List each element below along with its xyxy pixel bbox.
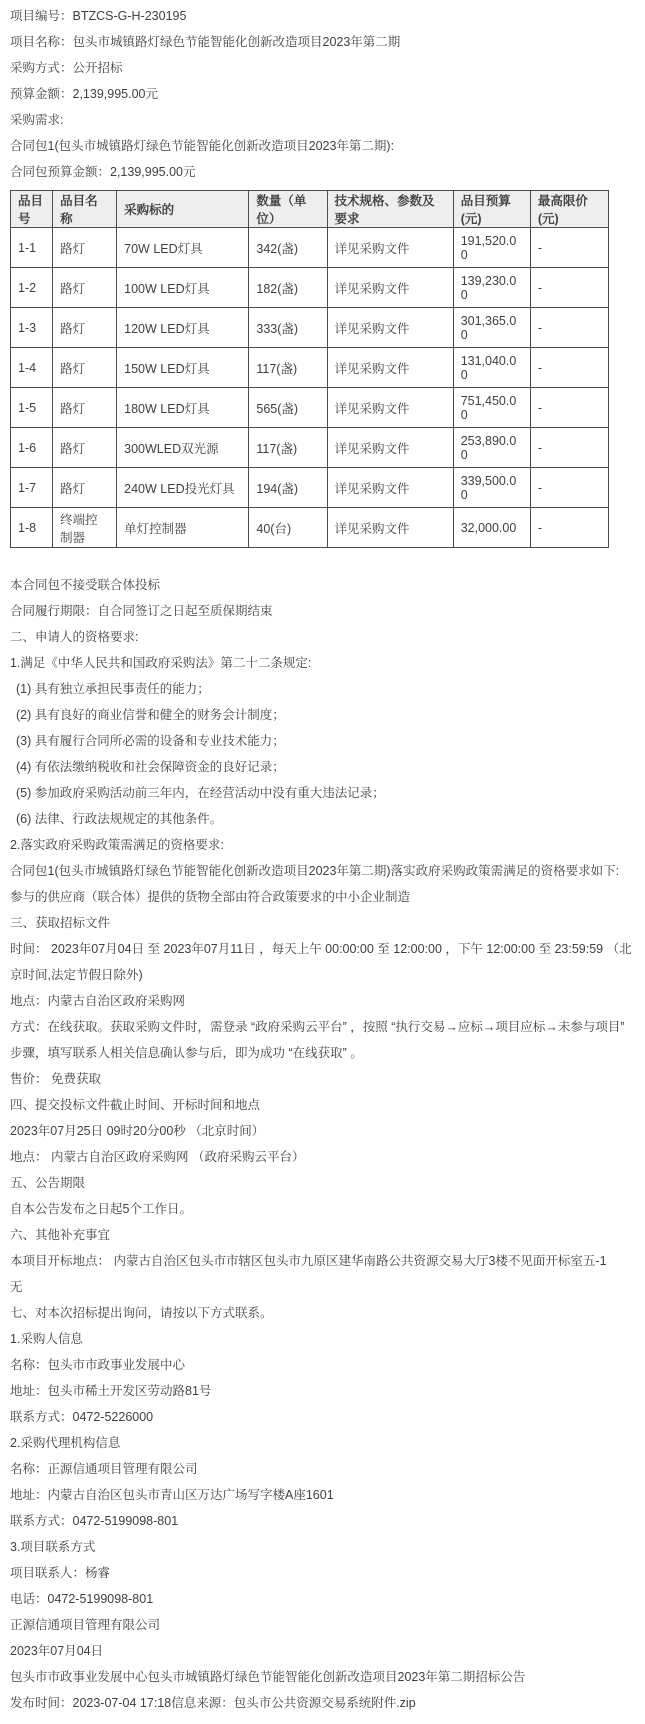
cell-spec: 详见采购文件 xyxy=(327,388,453,428)
procurement-announcement-page: 项目编号：BTZCS-G-H-230195项目名称：包头市城镇路灯绿色节能智能化… xyxy=(0,0,645,1724)
items-table: 品目号品目名称采购标的数量（单位）技术规格、参数及要求品目预算(元)最高限价(元… xyxy=(10,190,609,548)
text-line: (5) 参加政府采购活动前三年内，在经营活动中没有重大违法记录； xyxy=(10,780,635,806)
text-line: 七、对本次招标提出询问，请按以下方式联系。 xyxy=(10,1300,635,1326)
text-line: 时间： 2023年07月04日 至 2023年07月11日 ，每天上午 00:0… xyxy=(10,936,635,988)
cell-budget: 253,890.00 xyxy=(453,428,530,468)
cell-item-no: 1-6 xyxy=(11,428,53,468)
table-row: 1-5 路灯 180W LED灯具 565(盏) 详见采购文件 751,450.… xyxy=(11,388,609,428)
text-line: 采购需求: xyxy=(10,107,635,133)
text-line: 地点：内蒙古自治区政府采购网 xyxy=(10,988,635,1014)
text-line: 参与的供应商（联合体）提供的货物全部由符合政策要求的中小企业制造 xyxy=(10,884,635,910)
text-line: 1.采购人信息 xyxy=(10,1326,635,1352)
cell-item-name: 路灯 xyxy=(53,388,117,428)
column-header: 技术规格、参数及要求 xyxy=(327,191,453,228)
cell-item-name: 路灯 xyxy=(53,428,117,468)
items-table-body: 1-1 路灯 70W LED灯具 342(盏) 详见采购文件 191,520.0… xyxy=(11,228,609,548)
text-line: 项目名称：包头市城镇路灯绿色节能智能化创新改造项目2023年第二期 xyxy=(10,29,635,55)
cell-item-name: 路灯 xyxy=(53,268,117,308)
text-line: 项目编号：BTZCS-G-H-230195 xyxy=(10,3,635,29)
text-line: (6) 法律、行政法规规定的其他条件。 xyxy=(10,806,635,832)
cell-item-name: 路灯 xyxy=(53,348,117,388)
cell-procurement-target: 70W LED灯具 xyxy=(117,228,249,268)
text-line: 名称：正源信通项目管理有限公司 xyxy=(10,1456,635,1482)
text-line: 六、其他补充事宜 xyxy=(10,1222,635,1248)
column-header: 品目号 xyxy=(11,191,53,228)
text-line: 联系方式：0472-5199098-801 xyxy=(10,1508,635,1534)
intro-section: 项目编号：BTZCS-G-H-230195项目名称：包头市城镇路灯绿色节能智能化… xyxy=(10,3,635,185)
text-line: 地址：内蒙古自治区包头市青山区万达广场写字楼A座1601 xyxy=(10,1482,635,1508)
text-line: (1) 具有独立承担民事责任的能力； xyxy=(10,676,635,702)
cell-price-cap: - xyxy=(530,388,608,428)
cell-procurement-target: 300WLED双光源 xyxy=(117,428,249,468)
cell-quantity: 342(盏) xyxy=(249,228,327,268)
text-line: 名称：包头市市政事业发展中心 xyxy=(10,1352,635,1378)
cell-price-cap: - xyxy=(530,428,608,468)
cell-procurement-target: 120W LED灯具 xyxy=(117,308,249,348)
text-line: 2023年07月25日 09时20分00秒 （北京时间） xyxy=(10,1118,635,1144)
body-section: 本合同包不接受联合体投标合同履行期限：自合同签订之日起至质保期结束二、申请人的资… xyxy=(10,572,635,1716)
cell-item-name: 路灯 xyxy=(53,468,117,508)
table-row: 1-7 路灯 240W LED投光灯具 194(盏) 详见采购文件 339,50… xyxy=(11,468,609,508)
cell-spec: 详见采购文件 xyxy=(327,348,453,388)
cell-item-name: 终端控制器 xyxy=(53,508,117,548)
text-line: 自本公告发布之日起5个工作日。 xyxy=(10,1196,635,1222)
cell-spec: 详见采购文件 xyxy=(327,268,453,308)
cell-budget: 32,000.00 xyxy=(453,508,530,548)
cell-budget: 131,040.00 xyxy=(453,348,530,388)
cell-price-cap: - xyxy=(530,468,608,508)
text-line: (3) 具有履行合同所必需的设备和专业技术能力； xyxy=(10,728,635,754)
cell-procurement-target: 150W LED灯具 xyxy=(117,348,249,388)
table-row: 1-3 路灯 120W LED灯具 333(盏) 详见采购文件 301,365.… xyxy=(11,308,609,348)
cell-price-cap: - xyxy=(530,268,608,308)
cell-quantity: 40(台) xyxy=(249,508,327,548)
text-line: (4) 有依法缴纳税收和社会保障资金的良好记录； xyxy=(10,754,635,780)
text-line: 地点： 内蒙古自治区政府采购网 （政府采购云平台） xyxy=(10,1144,635,1170)
cell-budget: 339,500.00 xyxy=(453,468,530,508)
cell-item-name: 路灯 xyxy=(53,308,117,348)
cell-budget: 751,450.00 xyxy=(453,388,530,428)
column-header: 品目名称 xyxy=(53,191,117,228)
cell-item-name: 路灯 xyxy=(53,228,117,268)
text-line: 电话：0472-5199098-801 xyxy=(10,1586,635,1612)
cell-budget: 301,365.00 xyxy=(453,308,530,348)
text-line: 正源信通项目管理有限公司 xyxy=(10,1612,635,1638)
cell-item-no: 1-7 xyxy=(11,468,53,508)
text-line: 2.采购代理机构信息 xyxy=(10,1430,635,1456)
text-line: 预算金额：2,139,995.00元 xyxy=(10,81,635,107)
cell-quantity: 565(盏) xyxy=(249,388,327,428)
column-header: 最高限价(元) xyxy=(530,191,608,228)
cell-quantity: 117(盏) xyxy=(249,428,327,468)
cell-quantity: 117(盏) xyxy=(249,348,327,388)
table-row: 1-2 路灯 100W LED灯具 182(盏) 详见采购文件 139,230.… xyxy=(11,268,609,308)
cell-quantity: 333(盏) xyxy=(249,308,327,348)
cell-procurement-target: 240W LED投光灯具 xyxy=(117,468,249,508)
cell-quantity: 182(盏) xyxy=(249,268,327,308)
text-line: 发布时间：2023-07-04 17:18信息来源：包头市公共资源交易系统附件.… xyxy=(10,1690,635,1716)
cell-item-no: 1-3 xyxy=(11,308,53,348)
text-line: 联系方式：0472-5226000 xyxy=(10,1404,635,1430)
text-line: 本项目开标地点： 内蒙古自治区包头市市辖区包头市九原区建华南路公共资源交易大厅3… xyxy=(10,1248,635,1274)
text-line: 本合同包不接受联合体投标 xyxy=(10,572,635,598)
text-line: 3.项目联系方式 xyxy=(10,1534,635,1560)
cell-item-no: 1-5 xyxy=(11,388,53,428)
cell-price-cap: - xyxy=(530,228,608,268)
table-row: 1-1 路灯 70W LED灯具 342(盏) 详见采购文件 191,520.0… xyxy=(11,228,609,268)
text-line: 合同包1(包头市城镇路灯绿色节能智能化创新改造项目2023年第二期): xyxy=(10,133,635,159)
text-line: 方式：在线获取。获取采购文件时，需登录 “政府采购云平台” ，按照 “执行交易→… xyxy=(10,1014,635,1066)
text-line: 2.落实政府采购政策需满足的资格要求: xyxy=(10,832,635,858)
column-header: 采购标的 xyxy=(117,191,249,228)
cell-spec: 详见采购文件 xyxy=(327,308,453,348)
items-table-header: 品目号品目名称采购标的数量（单位）技术规格、参数及要求品目预算(元)最高限价(元… xyxy=(11,191,609,228)
cell-price-cap: - xyxy=(530,348,608,388)
cell-item-no: 1-1 xyxy=(11,228,53,268)
column-header: 品目预算(元) xyxy=(453,191,530,228)
cell-procurement-target: 180W LED灯具 xyxy=(117,388,249,428)
text-line: 四、提交投标文件截止时间、开标时间和地点 xyxy=(10,1092,635,1118)
text-line: 合同包预算金额：2,139,995.00元 xyxy=(10,159,635,185)
text-line: 采购方式：公开招标 xyxy=(10,55,635,81)
cell-spec: 详见采购文件 xyxy=(327,468,453,508)
text-line: 售价： 免费获取 xyxy=(10,1066,635,1092)
cell-spec: 详见采购文件 xyxy=(327,428,453,468)
cell-item-no: 1-4 xyxy=(11,348,53,388)
cell-item-no: 1-2 xyxy=(11,268,53,308)
cell-budget: 139,230.00 xyxy=(453,268,530,308)
table-row: 1-6 路灯 300WLED双光源 117(盏) 详见采购文件 253,890.… xyxy=(11,428,609,468)
text-line: 1.满足《中华人民共和国政府采购法》第二十二条规定: xyxy=(10,650,635,676)
text-line: 五、公告期限 xyxy=(10,1170,635,1196)
text-line: 地址：包头市稀土开发区劳动路81号 xyxy=(10,1378,635,1404)
cell-quantity: 194(盏) xyxy=(249,468,327,508)
text-line: 合同履行期限：自合同签订之日起至质保期结束 xyxy=(10,598,635,624)
cell-spec: 详见采购文件 xyxy=(327,508,453,548)
cell-price-cap: - xyxy=(530,508,608,548)
cell-price-cap: - xyxy=(530,308,608,348)
text-line: 二、申请人的资格要求: xyxy=(10,624,635,650)
text-line: 无 xyxy=(10,1274,635,1300)
text-line: (2) 具有良好的商业信誉和健全的财务会计制度； xyxy=(10,702,635,728)
table-row: 1-4 路灯 150W LED灯具 117(盏) 详见采购文件 131,040.… xyxy=(11,348,609,388)
text-line: 2023年07月04日 xyxy=(10,1638,635,1664)
text-line: 项目联系人：杨睿 xyxy=(10,1560,635,1586)
text-line: 三、获取招标文件 xyxy=(10,910,635,936)
cell-budget: 191,520.00 xyxy=(453,228,530,268)
cell-procurement-target: 100W LED灯具 xyxy=(117,268,249,308)
text-line: 包头市市政事业发展中心包头市城镇路灯绿色节能智能化创新改造项目2023年第二期招… xyxy=(10,1664,635,1690)
table-row: 1-8 终端控制器 单灯控制器 40(台) 详见采购文件 32,000.00 - xyxy=(11,508,609,548)
cell-procurement-target: 单灯控制器 xyxy=(117,508,249,548)
text-line: 合同包1(包头市城镇路灯绿色节能智能化创新改造项目2023年第二期)落实政府采购… xyxy=(10,858,635,884)
cell-item-no: 1-8 xyxy=(11,508,53,548)
column-header: 数量（单位） xyxy=(249,191,327,228)
cell-spec: 详见采购文件 xyxy=(327,228,453,268)
